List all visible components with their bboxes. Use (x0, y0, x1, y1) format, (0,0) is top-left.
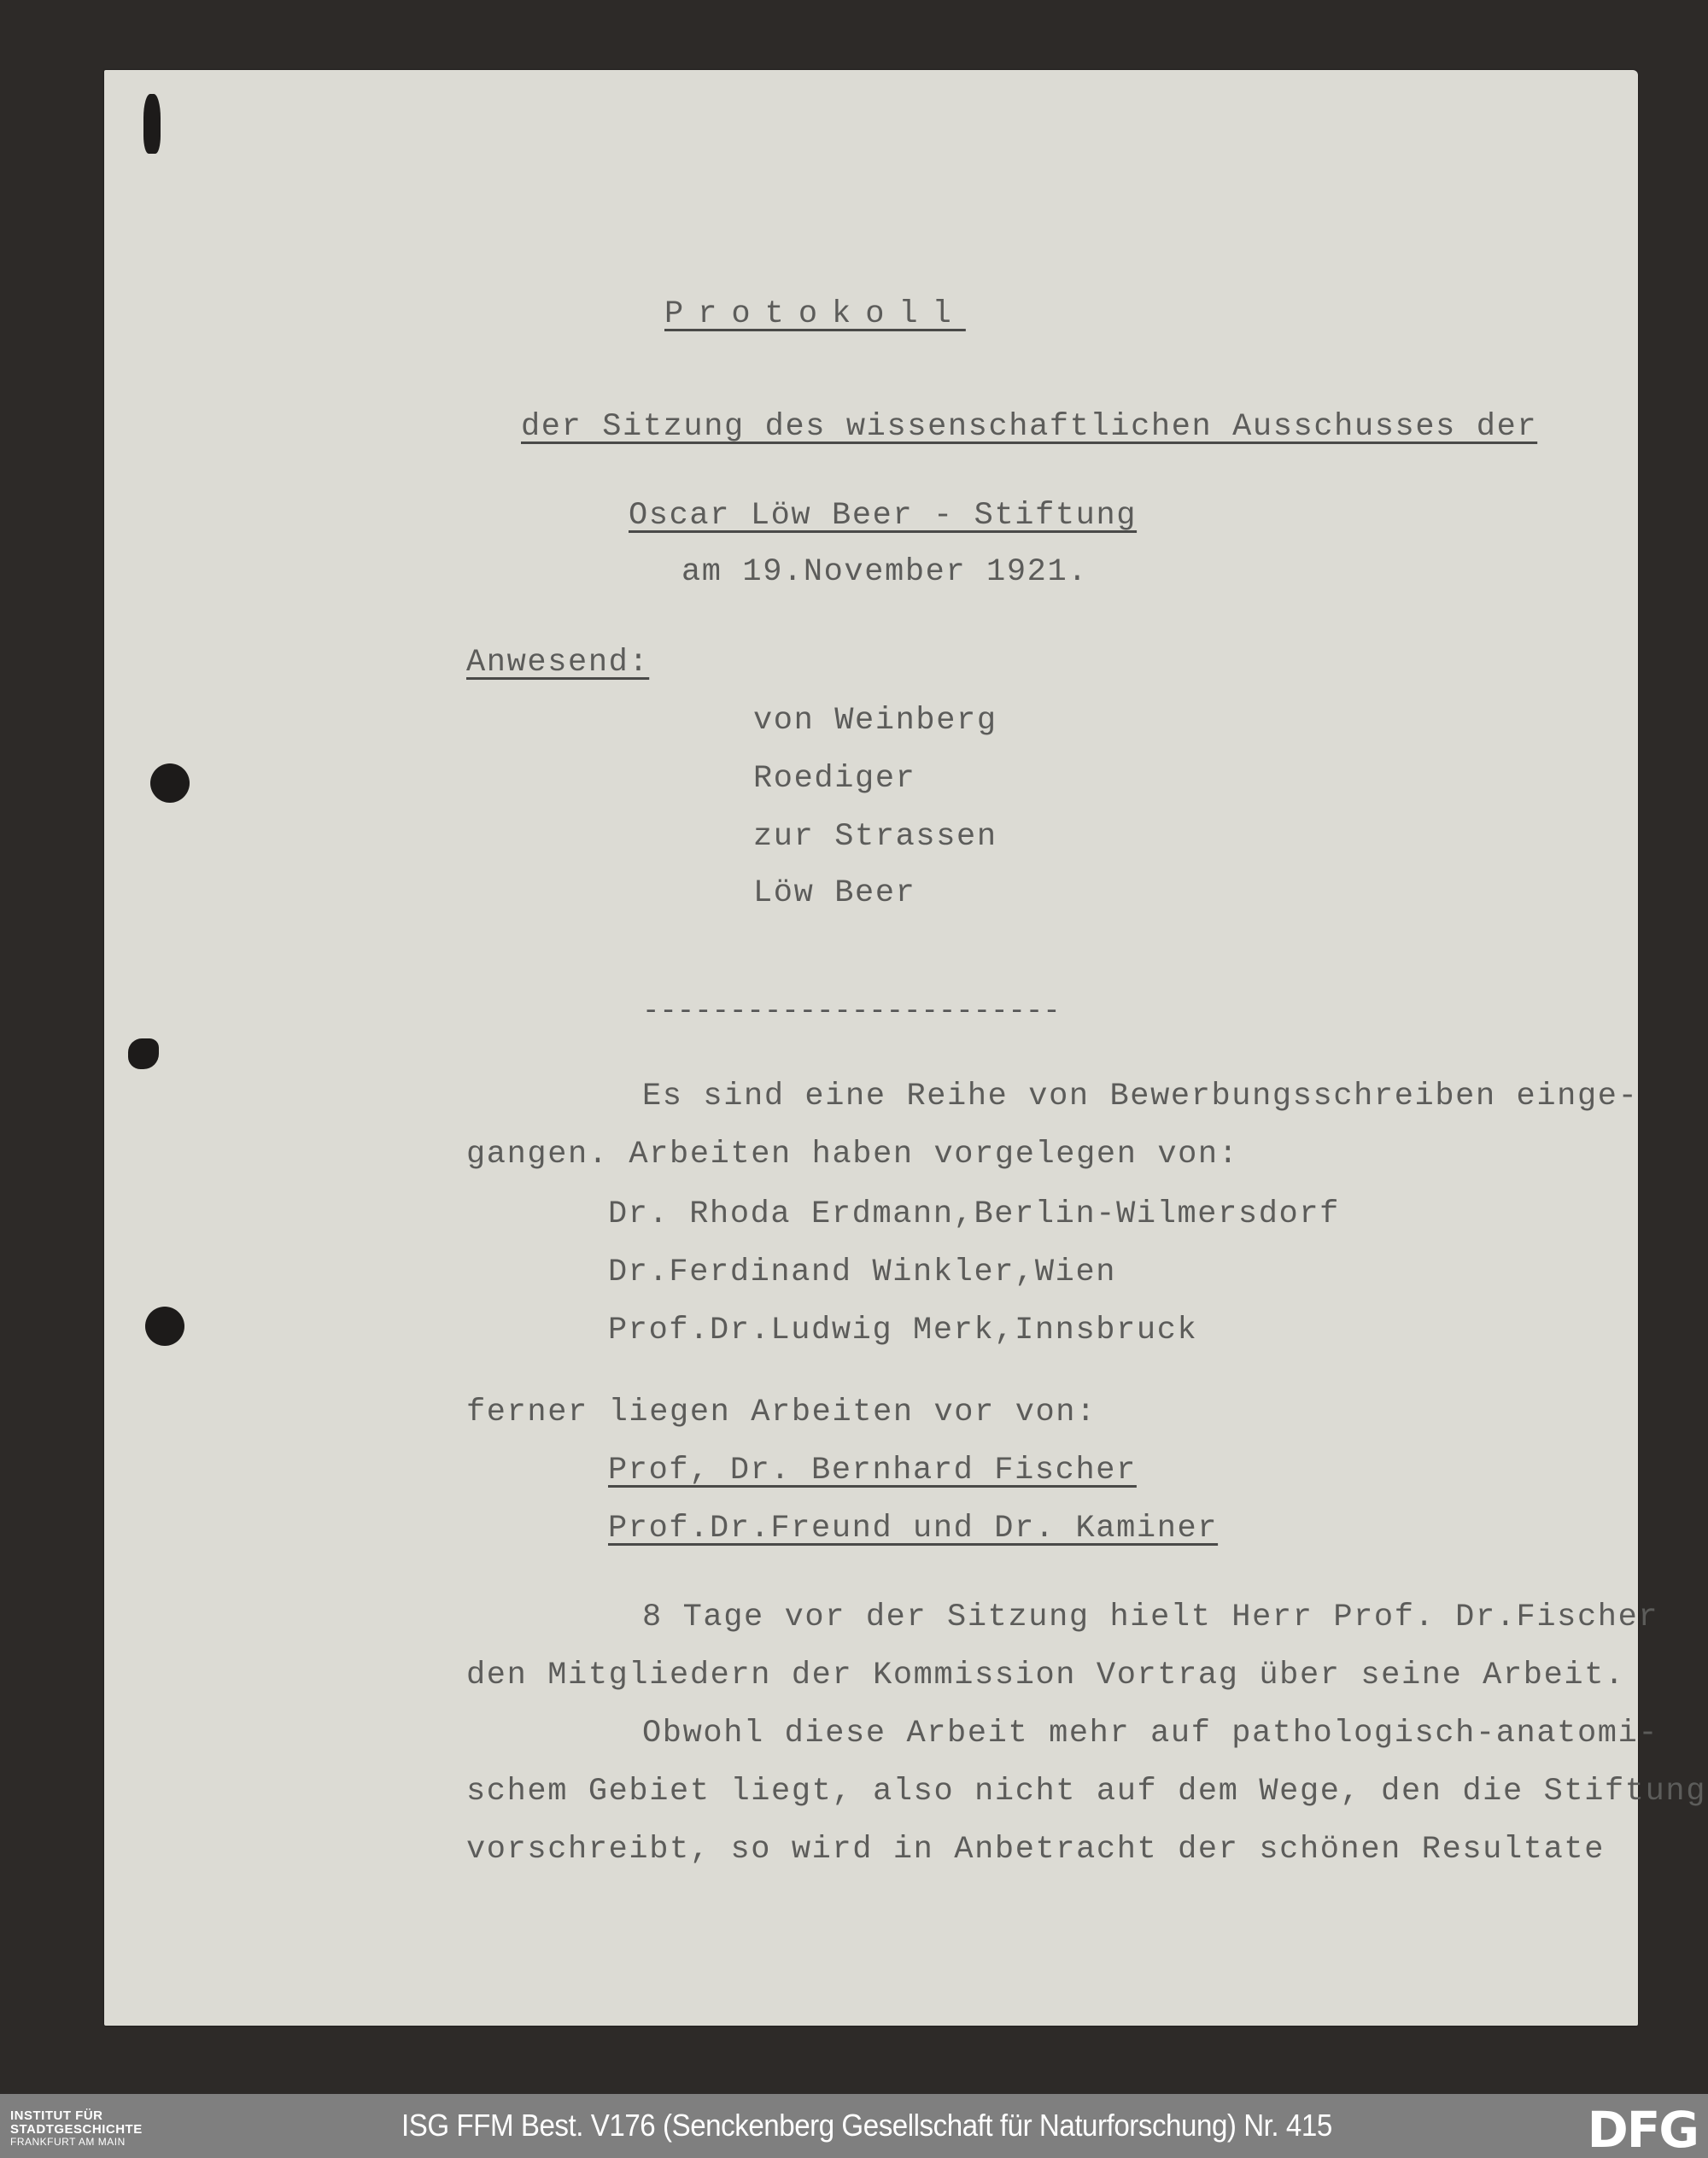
present-label: Anwesend: (466, 647, 649, 679)
institute-logo: INSTITUT FÜR STADTGESCHICHTE FRANKFURT A… (10, 2109, 143, 2147)
punch-hole-lower (145, 1307, 184, 1346)
present-member: von Weinberg (753, 705, 997, 737)
archive-footer-bar: INSTITUT FÜR STADTGESCHICHTE FRANKFURT A… (0, 2094, 1708, 2158)
applicant-entry: Prof.Dr.Ludwig Merk,Innsbruck (608, 1315, 1197, 1347)
torn-hole-middle (128, 1038, 159, 1069)
document-title: Protokoll (664, 299, 966, 330)
present-member: zur Strassen (753, 822, 997, 853)
present-member: Löw Beer (753, 878, 915, 909)
institute-name-line1: INSTITUT FÜR (10, 2109, 143, 2123)
institute-location: FRANKFURT AM MAIN (10, 2137, 143, 2148)
separator-line: ------------------------ (642, 997, 1061, 1026)
paragraph-1-line-1: Es sind eine Reihe von Bewerbungsschreib… (642, 1081, 1638, 1113)
further-works-label: ferner liegen Arbeiten vor von: (466, 1397, 1097, 1429)
document-subtitle-line2: Oscar Löw Beer - Stiftung (629, 500, 1137, 532)
present-member: Roediger (753, 763, 915, 795)
paragraph-1-line-2: gangen. Arbeiten haben vorgelegen von: (466, 1139, 1239, 1171)
paragraph-3-line-3: vorschreibt, so wird in Anbetracht der s… (466, 1834, 1605, 1866)
document-page: Protokoll der Sitzung des wissenschaftli… (104, 70, 1638, 2026)
paragraph-3-line-1: Obwohl diese Arbeit mehr auf pathologisc… (642, 1718, 1658, 1750)
meeting-date: am 19.November 1921. (681, 557, 1088, 588)
applicant-entry: Dr. Rhoda Erdmann,Berlin-Wilmersdorf (608, 1199, 1340, 1231)
applicant-entry: Dr.Ferdinand Winkler,Wien (608, 1257, 1116, 1289)
further-work-entry: Prof, Dr. Bernhard Fischer (608, 1455, 1137, 1487)
further-work-entry: Prof.Dr.Freund und Dr. Kaminer (608, 1513, 1218, 1545)
paragraph-3-line-2: schem Gebiet liegt, also nicht auf dem W… (466, 1776, 1706, 1808)
torn-hole-top (143, 94, 161, 154)
dfg-logo-icon: DFG (1588, 2101, 1698, 2158)
paragraph-2-line-1: 8 Tage vor der Sitzung hielt Herr Prof. … (642, 1602, 1658, 1634)
archive-reference-caption: ISG FFM Best. V176 (Senckenberg Gesellsc… (401, 2108, 1332, 2143)
institute-name-line2: STADTGESCHICHTE (10, 2123, 143, 2137)
document-subtitle-line1: der Sitzung des wissenschaftlichen Aussc… (521, 412, 1537, 443)
punch-hole-upper (150, 763, 190, 803)
paragraph-2-line-2: den Mitgliedern der Kommission Vortrag ü… (466, 1660, 1625, 1692)
